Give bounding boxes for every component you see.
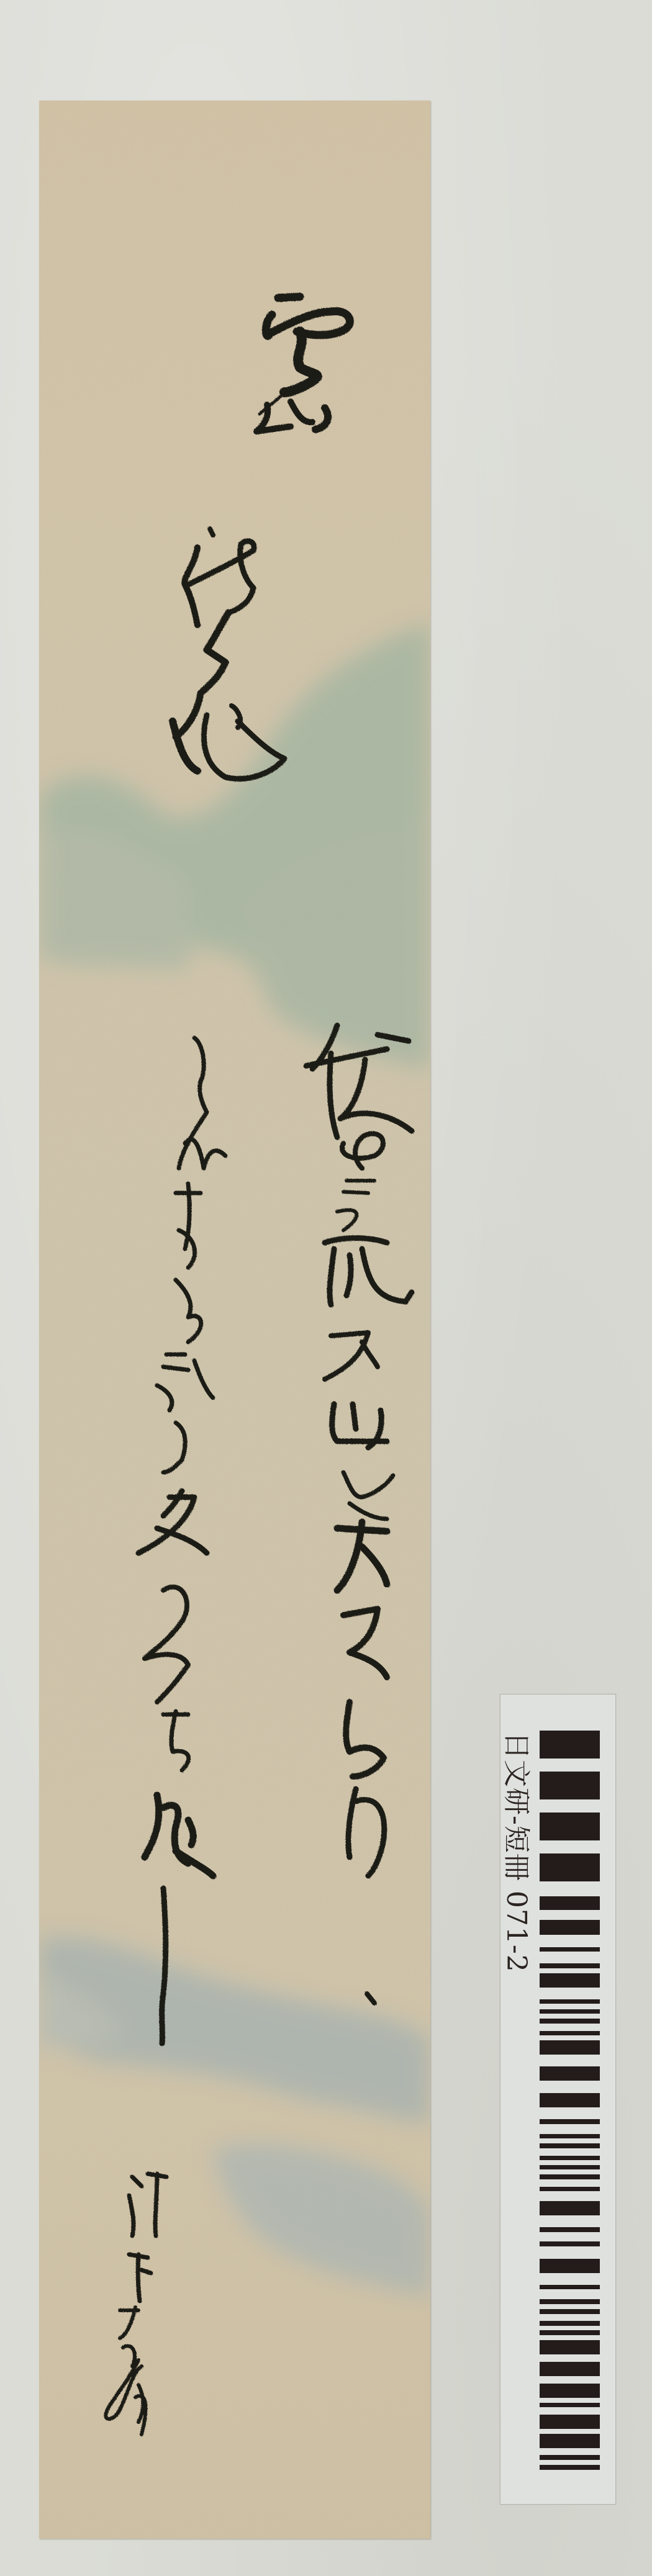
barcode-bar bbox=[540, 1920, 600, 1935]
catalog-id: 日文研-短冊 071-2 bbox=[499, 1732, 539, 1973]
barcode-bar bbox=[540, 2031, 600, 2035]
barcode-bar bbox=[540, 1999, 600, 2004]
barcode-bar bbox=[540, 2201, 600, 2215]
barcode-bar bbox=[540, 2259, 600, 2273]
barcode-bar bbox=[540, 1813, 600, 1840]
barcode-bar bbox=[540, 2019, 600, 2024]
barcode-bar bbox=[540, 2134, 600, 2138]
barcode-bar bbox=[540, 2455, 600, 2460]
barcode-bar bbox=[540, 2340, 600, 2354]
barcode-bar bbox=[540, 2066, 600, 2081]
barcode-bar bbox=[540, 2434, 600, 2448]
barcode-bar bbox=[540, 2093, 600, 2107]
barcode-bar bbox=[540, 1731, 600, 1759]
barcode-bar bbox=[540, 2119, 600, 2124]
barcode-bar bbox=[540, 2227, 600, 2232]
barcode-bar bbox=[540, 2174, 600, 2179]
barcode-bar bbox=[540, 2009, 600, 2014]
barcode-bar bbox=[540, 1896, 600, 1910]
barcode-bar bbox=[540, 1853, 600, 1881]
archive-label-text: 日文研-短冊 071-2 bbox=[503, 1732, 540, 1993]
barcode-bar bbox=[540, 2285, 600, 2289]
barcode-bar bbox=[540, 2309, 600, 2314]
barcode-bar bbox=[540, 2415, 600, 2429]
barcode-bar bbox=[540, 2143, 600, 2148]
barcode-bar bbox=[540, 2040, 600, 2055]
barcode-bar bbox=[540, 2165, 600, 2169]
tanzaku-artwork bbox=[39, 101, 430, 2539]
barcode-bar bbox=[540, 2241, 600, 2246]
barcode-bar bbox=[540, 1973, 600, 1988]
barcode-bar bbox=[540, 2299, 600, 2304]
tanzaku-poem-card bbox=[39, 101, 430, 2539]
barcode-bar bbox=[540, 2362, 600, 2376]
barcode-bar bbox=[540, 1963, 600, 1968]
barcode-bar bbox=[540, 2403, 600, 2407]
barcode-bar bbox=[540, 2156, 600, 2160]
barcode-bar bbox=[540, 1772, 600, 1799]
barcode-bar bbox=[540, 2384, 600, 2398]
barcode-bar bbox=[540, 2465, 600, 2470]
barcode-bar bbox=[540, 2187, 600, 2191]
barcode-bar bbox=[540, 2321, 600, 2326]
barcode-bar bbox=[540, 2330, 600, 2335]
barcode-bar bbox=[540, 1947, 600, 1952]
